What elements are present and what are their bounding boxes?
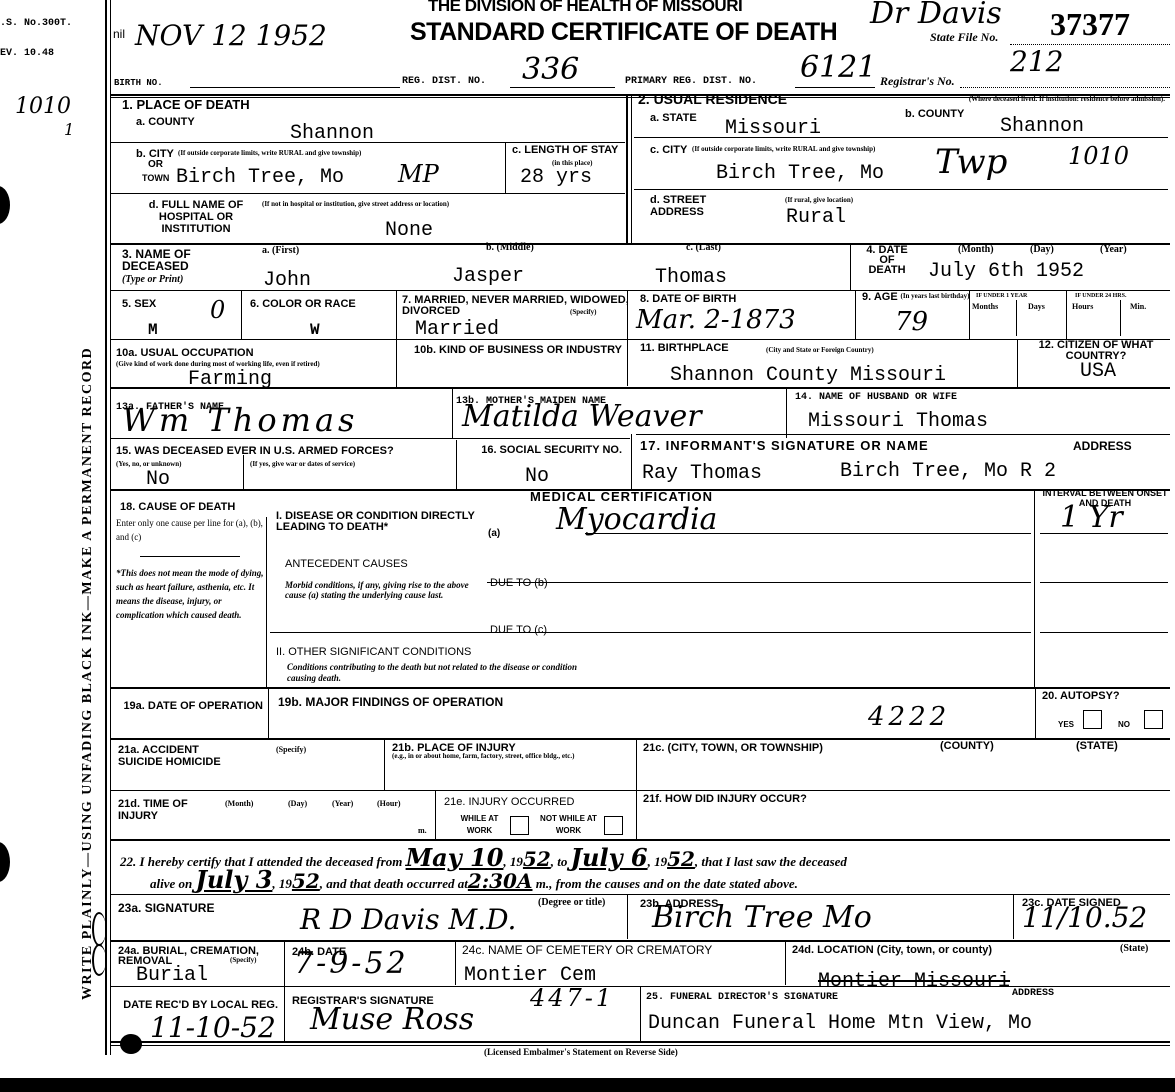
physician-signature[interactable]: R D Davis M.D. (300, 908, 516, 932)
res-city-label: c. CITY (650, 144, 687, 156)
punch-hole (0, 186, 10, 224)
res-street-hint: (If rural, give location) (785, 196, 853, 205)
death-city-mark: MP (398, 162, 439, 186)
informant-address-label: ADDRESS (1073, 440, 1132, 452)
autopsy-no-label: NO (1118, 719, 1130, 731)
ssn-value[interactable]: No (525, 467, 549, 487)
occupation-label: 10a. USUAL OCCUPATION (116, 347, 254, 359)
while-at-work-label: WHILE AT WORK (452, 813, 507, 837)
death-city-or: OR (148, 159, 163, 171)
autopsy-yes-label: YES (1058, 719, 1074, 731)
reg-dist-label: REG. DIST. NO. (402, 76, 486, 87)
days-label: Days (1028, 302, 1045, 311)
funeral-director-label: 25. FUNERAL DIRECTOR'S SIGNATURE (646, 992, 838, 1003)
location-state-label: (State) (1120, 944, 1148, 953)
received-date-stamp: NOV 12 1952 (135, 24, 327, 48)
margin-note: 1010 (15, 95, 71, 119)
stay-value[interactable]: 28 yrs (520, 168, 592, 188)
middle-name-label: b. (Middle) (486, 243, 534, 252)
death-city-town: TOWN (142, 172, 169, 184)
cause-instruction: Enter only one cause per line for (a), (… (116, 516, 264, 544)
funeral-address-label: ADDRESS (1012, 988, 1054, 999)
margin-mark (92, 912, 106, 946)
dob-label: 8. DATE OF BIRTH (640, 293, 736, 305)
sex-value[interactable]: M (148, 320, 158, 340)
citizen-label: 12. CITIZEN OF WHAT COUNTRY? (1024, 340, 1168, 362)
ink-blot (120, 1034, 142, 1054)
part-1-label: I. DISEASE OR CONDITION DIRECTLY LEADING… (276, 511, 491, 533)
occupation-value[interactable]: Farming (188, 370, 272, 390)
last-seen-alive-date[interactable]: July 3 (196, 865, 273, 894)
usual-residence-title: 2. USUAL RESIDENCE (638, 93, 787, 105)
antecedent-label: ANTECEDENT CAUSES (285, 558, 408, 570)
birthplace-hint: (City and State or Foreign Country) (766, 346, 874, 355)
how-injury-label: 21f. HOW DID INJURY OCCUR? (643, 793, 807, 805)
state-file-number: 37377 (1050, 6, 1130, 43)
age-hint: (In years last birthday) (900, 292, 970, 301)
accident-label: 21a. ACCIDENT SUICIDE HOMICIDE (118, 744, 228, 768)
injury-month-label: (Month) (225, 799, 253, 808)
injury-hour-label: (Hour) (377, 799, 401, 808)
name-hint: (Type or Print) (122, 274, 183, 285)
res-county-label: b. COUNTY (905, 108, 964, 120)
race-label: 6. COLOR OR RACE (250, 298, 356, 310)
birthplace-label: 11. BIRTHPLACE (640, 342, 729, 354)
injury-m-label: m. (418, 826, 427, 835)
primary-reg-label: PRIMARY REG. DIST. NO. (625, 76, 757, 87)
death-county-value[interactable]: Shannon (290, 124, 374, 144)
age-value[interactable]: 79 (895, 310, 928, 334)
punch-hole (0, 842, 10, 882)
injury-occurred-label: 21e. INJURY OCCURRED (444, 796, 574, 808)
cause-of-death-label: 18. CAUSE OF DEATH (120, 501, 235, 513)
marital-hint: (Specify) (570, 308, 596, 317)
burial-date-value[interactable]: 7-9-52 (294, 952, 409, 976)
interval-a-value[interactable]: 1 Yr (1060, 506, 1123, 530)
res-state-value[interactable]: Missouri (725, 119, 821, 139)
date-signed-value[interactable]: 11/10.52 (1022, 906, 1147, 930)
division-title: THE DIVISION OF HEALTH OF MISSOURI (428, 0, 742, 16)
top-signature: Dr Davis (870, 2, 1002, 26)
margin-instruction: WRITE PLAINLY—USING UNFADING BLACK INK—M… (80, 347, 96, 1000)
stay-label: c. LENGTH OF STAY (512, 144, 622, 156)
cause-a-letter: (a) (488, 528, 500, 540)
op-date-label: 19a. DATE OF OPERATION (118, 700, 263, 712)
death-city-value[interactable]: Birch Tree, Mo (176, 168, 344, 188)
res-street-value[interactable]: Rural (786, 208, 846, 228)
dob-value[interactable]: Mar. 2-1873 (636, 308, 796, 332)
signature-label: 23a. SIGNATURE (118, 902, 214, 914)
death-date-label: 4. DATE OF DEATH (862, 245, 912, 275)
while-at-work-checkbox[interactable] (510, 816, 529, 835)
time-of-injury-label: 21d. TIME OF INJURY (118, 798, 188, 822)
death-date-value[interactable]: July 6th 1952 (928, 262, 1084, 282)
ssn-label: 16. SOCIAL SECURITY NO. (462, 444, 622, 456)
under-1-year-label: IF UNDER 1 YEAR (976, 292, 1027, 301)
usual-residence-hint: (Where deceased lived. If institution: r… (840, 95, 1165, 104)
margin-mark (92, 944, 106, 976)
min-label: Min. (1130, 302, 1146, 311)
res-state-label: a. STATE (650, 112, 697, 124)
death-month-label: (Month) (958, 245, 994, 254)
death-city-hint: (If outside corporate limits, write RURA… (178, 149, 361, 158)
cemetery-label: 24c. NAME OF CEMETERY OR CREMATORY (462, 944, 712, 956)
marital-value[interactable]: Married (415, 320, 499, 340)
sex-mark: 0 (210, 298, 225, 322)
business-label: 10b. KIND OF BUSINESS OR INDUSTRY (402, 344, 622, 356)
cause-note: *This does not mean the mode of dying, s… (116, 566, 264, 622)
last-name-label: c. (Last) (686, 243, 721, 252)
death-day-label: (Day) (1030, 245, 1054, 254)
burial-value[interactable]: Burial (136, 966, 208, 986)
spouse-value[interactable]: Missouri Thomas (808, 412, 988, 432)
received-stamp: nil (113, 22, 125, 46)
armed-forces-value[interactable]: No (146, 470, 170, 490)
first-name-label: a. (First) (262, 246, 299, 255)
age-label: 9. AGE (862, 291, 898, 303)
date-received-label: DATE REC'D BY LOCAL REG. (118, 999, 278, 1011)
spouse-label: 14. NAME OF HUSBAND OR WIFE (795, 392, 957, 403)
armed-hint-2: (If yes, give war or dates of service) (250, 460, 355, 469)
due-to-c-label: DUE TO (c) (490, 624, 547, 636)
burial-hint: (Specify) (230, 956, 256, 965)
margin-note-sub: 1 (64, 118, 74, 142)
autopsy-label: 20. AUTOPSY? (1042, 690, 1120, 702)
registrar-number: 212 (1010, 50, 1063, 74)
place-of-injury-hint: (e.g., in or about home, farm, factory, … (392, 752, 632, 761)
certification-line-2: alive on July 3, 1952, and that death oc… (150, 868, 798, 893)
injury-city-label: 21c. (CITY, TOWN, OR TOWNSHIP) (643, 742, 823, 754)
certificate-title: STANDARD CERTIFICATE OF DEATH (410, 18, 837, 47)
location-label: 24d. LOCATION (City, town, or county) (792, 944, 992, 956)
injury-county-label: (COUNTY) (940, 740, 994, 752)
place-of-death-title: 1. PLACE OF DEATH (122, 99, 250, 111)
accident-specify: (Specify) (276, 745, 306, 754)
hours-label: Hours (1072, 302, 1093, 311)
form-number: .S. No.300T. (0, 18, 72, 29)
mother-value[interactable]: Matilda Weaver (462, 405, 702, 429)
autopsy-yes-checkbox[interactable] (1083, 710, 1102, 729)
reg-dist-number: 336 (522, 58, 579, 82)
last-name-value[interactable]: Thomas (655, 268, 727, 288)
under-24-hrs-label: IF UNDER 24 HRS. (1075, 292, 1126, 301)
burial-label: 24a. BURIAL, CREMATION, REMOVAL (118, 946, 283, 966)
injury-year-label: (Year) (332, 799, 353, 808)
not-while-at-work-checkbox[interactable] (604, 816, 623, 835)
marital-label: 7. MARRIED, NEVER MARRIED, WIDOWED, DIVO… (402, 295, 632, 317)
death-county-label: a. COUNTY (136, 116, 195, 128)
hospital-value[interactable]: None (385, 221, 433, 241)
hospital-label: d. FULL NAME OF HOSPITAL OR INSTITUTION (136, 199, 256, 235)
location-value[interactable]: Montier Missouri (818, 972, 1010, 992)
armed-forces-label: 15. WAS DECEASED EVER IN U.S. ARMED FORC… (116, 445, 394, 457)
registrar-note: 447-1 (530, 986, 614, 1010)
op-findings-note: 4222 (868, 705, 950, 729)
part-2-hint: Conditions contributing to the death but… (287, 662, 587, 684)
due-to-b-label: DUE TO (b) (490, 577, 548, 589)
race-value[interactable]: W (310, 320, 320, 340)
informant-address-value[interactable]: Birch Tree, Mo R 2 (840, 462, 1056, 482)
date-received-value[interactable]: 11-10-52 (150, 1016, 276, 1040)
name-label: 3. NAME OF DECEASED (122, 248, 232, 272)
informant-label: 17. INFORMANT'S SIGNATURE OR NAME (640, 440, 929, 452)
part-2-label: II. OTHER SIGNIFICANT CONDITIONS (276, 646, 471, 658)
form-revision: EV. 10.48 (0, 48, 54, 59)
res-city-mark: Twp (935, 150, 1007, 174)
cause-a-value[interactable]: Myocardia (556, 508, 717, 532)
registrar-no-label: Registrar's No. (880, 76, 955, 87)
cemetery-value[interactable]: Montier Cem (464, 966, 596, 986)
autopsy-no-checkbox[interactable] (1144, 710, 1163, 729)
res-city-value[interactable]: Birch Tree, Mo (716, 164, 884, 184)
citizen-value[interactable]: USA (1080, 362, 1116, 382)
res-county-value[interactable]: Shannon (1000, 117, 1084, 137)
embalmer-footer: (Licensed Embalmer's Statement on Revers… (484, 1048, 678, 1057)
father-value[interactable]: Wm Thomas (122, 408, 358, 432)
op-findings-label: 19b. MAJOR FINDINGS OF OPERATION (278, 696, 503, 708)
death-year-label: (Year) (1100, 245, 1127, 254)
first-name-value[interactable]: John (263, 271, 311, 291)
registrar-signature[interactable]: Muse Ross (310, 1008, 474, 1032)
antecedent-hint: Morbid conditions, if any, giving rise t… (285, 580, 490, 600)
primary-reg-number: 6121 (800, 56, 876, 80)
physician-address[interactable]: Birch Tree Mo (652, 906, 872, 930)
months-label: Months (972, 302, 998, 311)
middle-name-value[interactable]: Jasper (452, 267, 524, 287)
not-while-at-work-label: NOT WHILE AT WORK (536, 813, 601, 837)
birthplace-value[interactable]: Shannon County Missouri (670, 366, 946, 386)
time-of-death[interactable]: 2:30A (468, 869, 533, 893)
informant-value[interactable]: Ray Thomas (642, 464, 762, 484)
injury-state-label: (STATE) (1076, 740, 1118, 752)
degree-label: (Degree or title) (538, 898, 605, 907)
birth-no-label: BIRTH NO. (114, 78, 163, 88)
state-file-label: State File No. (930, 32, 998, 43)
injury-day-label: (Day) (288, 799, 307, 808)
funeral-director-value[interactable]: Duncan Funeral Home Mtn View, Mo (648, 1014, 1032, 1034)
res-city-hint: (If outside corporate limits, write RURA… (692, 145, 875, 154)
res-street-label: d. STREET ADDRESS (650, 194, 730, 218)
hospital-hint: (If not in hospital or institution, give… (262, 200, 449, 209)
res-city-code: 1010 (1068, 144, 1129, 168)
bottom-edge (0, 1078, 1175, 1092)
last-seen-alive-year[interactable]: 52 (292, 869, 320, 893)
sex-label: 5. SEX (122, 298, 156, 310)
